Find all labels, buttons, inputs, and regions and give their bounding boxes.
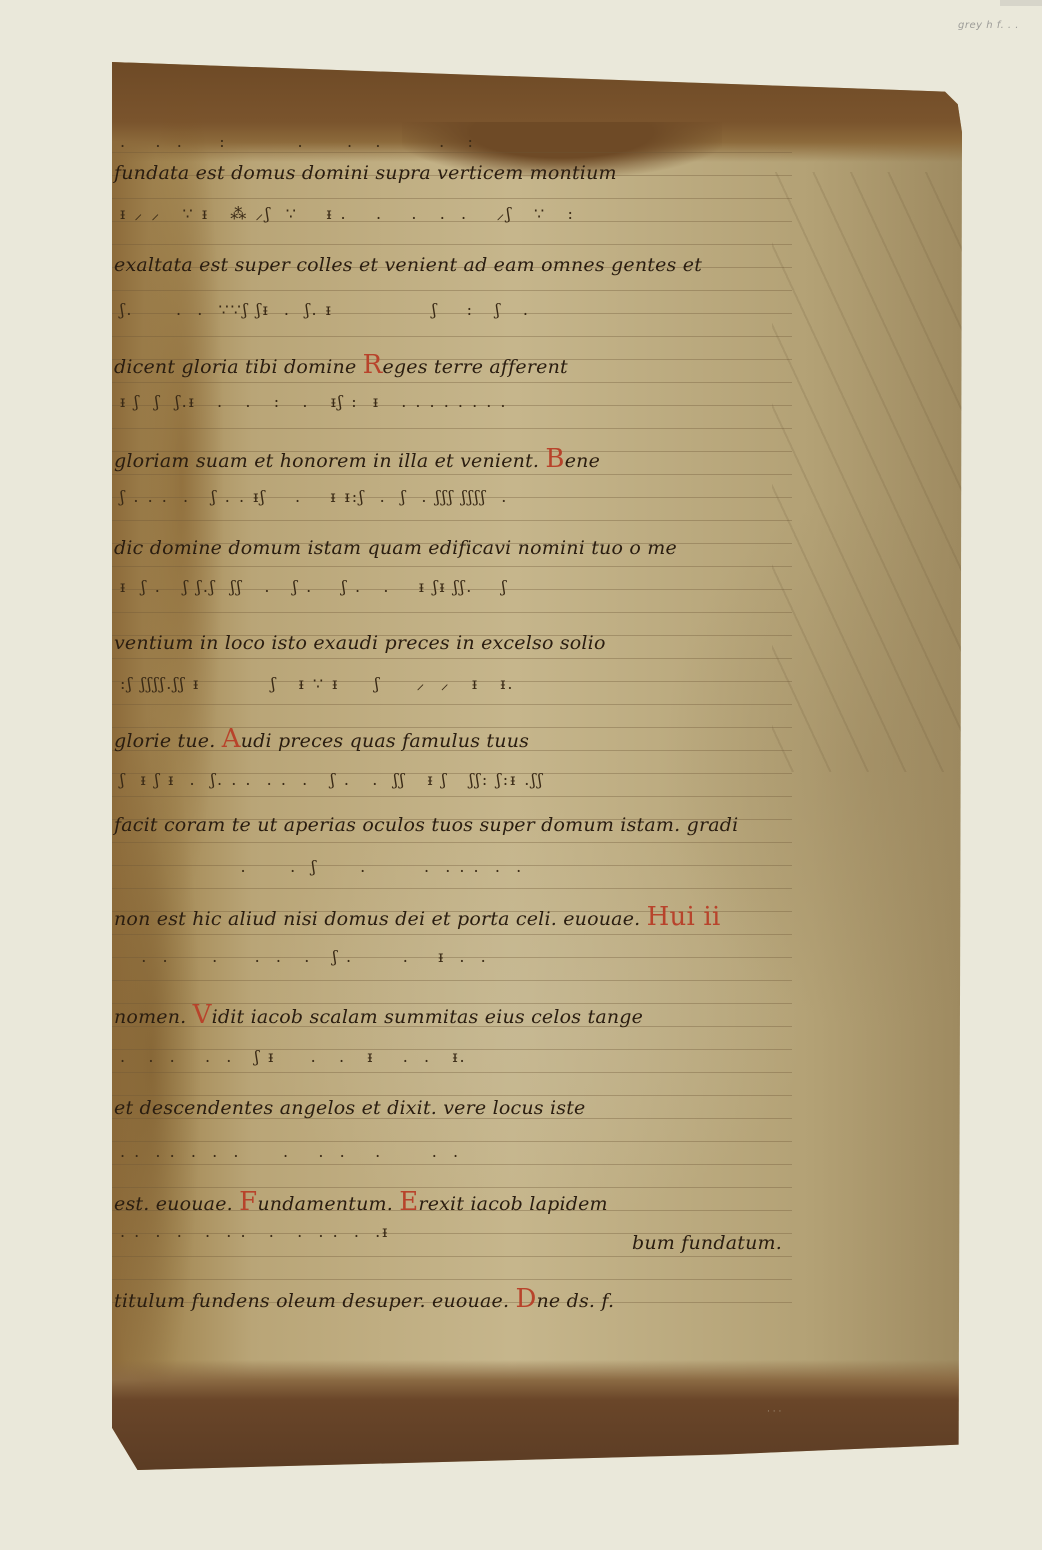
text-line: gloriam suam et honorem in illa et venie… (114, 444, 600, 474)
ruling-line (112, 1164, 792, 1165)
text-span: undamentum. (257, 1193, 399, 1215)
text-span: ventium in loco isto exaudi preces in ex… (114, 632, 606, 654)
ruling-line (112, 704, 792, 705)
faint-inscription: · · · (767, 1407, 781, 1417)
text-span: est. euouae. (114, 1193, 239, 1215)
neume-line: :ʃ ʃʃʃʃ.ʃʃ ᵻ ʃ ᵻ ∵ ᵻ ʃ ⸝ ⸝ ᵻ ᵻ. (120, 672, 514, 694)
neume-line: ʃ . . . . ʃ . . ᵻʃ . ᵻ ᵻ:ʃ . ʃ . ʃʃʃ ʃʃʃ… (120, 487, 508, 506)
neume-line: ᵻ ʃ . ʃ ʃ.ʃ ʃʃ . ʃ . ʃ . . ᵻ ʃᵻ ʃʃ. ʃ (120, 577, 508, 596)
text-line: dic domine domum istam quam edificavi no… (114, 537, 677, 559)
ruling-line (112, 520, 792, 521)
ruling-line (112, 658, 792, 659)
ruling-line (112, 1095, 792, 1096)
neume-line: ʃ ᵻ ʃ ᵻ . ʃ. . . . . . ʃ . . ʃʃ ᵻ ʃ ʃʃ: … (120, 770, 544, 789)
text-line: glorie tue. Audi preces quas famulus tuu… (114, 724, 529, 754)
text-span: bum fundatum. (632, 1232, 782, 1254)
neume-line: . . . . . . . . . . . . . (120, 1142, 460, 1161)
ruling-line (112, 1256, 792, 1257)
manuscript-leaf: . . . : . . . . :ᵻ ⸝ ⸝ ∵ ᵻ ⁂ ⸝ʃ ∵ ᵻ . . … (112, 62, 962, 1470)
ruling-line (112, 980, 792, 981)
text-span: rexit iacob lapidem (418, 1193, 607, 1215)
text-line: facit coram te ut aperias oculos tuos su… (114, 814, 738, 836)
ruling-line (112, 1072, 792, 1073)
neume-line: ᵻ ʃ ʃ ʃ.ᵻ . . : . ᵻʃ : ᵻ . . . . . . . . (120, 392, 508, 411)
text-span: ne ds. f. (536, 1290, 614, 1312)
rubric-initial: D (515, 1284, 536, 1314)
text-line: et descendentes angelos et dixit. vere l… (114, 1097, 586, 1119)
neume-line: . . . . . . ʃ . . ᵻ . . (120, 947, 488, 966)
ruling-line (112, 244, 792, 245)
neume-line: . . . . . . . . . . . . .ᵻ (120, 1222, 389, 1241)
text-span: gloriam suam et honorem in illa et venie… (114, 450, 545, 472)
text-line: ventium in loco isto exaudi preces in ex… (114, 632, 606, 654)
text-span: facit coram te ut aperias oculos tuos su… (114, 814, 738, 836)
text-span: exaltata est super colles et venient ad … (114, 254, 702, 276)
text-span: dic domine domum istam quam edificavi no… (114, 537, 677, 559)
ruling-line (112, 934, 792, 935)
ruling-line (112, 1279, 792, 1280)
page-edge-note (1000, 0, 1042, 6)
ruling-line (112, 428, 792, 429)
neume-line: . . ʃ . . . . . . . (120, 857, 523, 876)
text-line: dicent gloria tibi domine Reges terre af… (114, 350, 568, 380)
text-span: nomen. (114, 1006, 193, 1028)
neume-line: . . . . . ʃ ᵻ . . ᵻ . . ᵻ. (120, 1047, 467, 1066)
ruling-line (112, 888, 792, 889)
text-span: et descendentes angelos et dixit. vere l… (114, 1097, 586, 1119)
text-line: fundata est domus domini supra verticem … (114, 162, 617, 184)
ruling-line (112, 612, 792, 613)
ruling-line (112, 842, 792, 843)
ruling-line (112, 796, 792, 797)
neume-line: ʃ. . . ∵∵ʃ ʃᵻ . ʃ. ᵻ ʃ : ʃ . (120, 300, 530, 319)
ruling-line (112, 152, 792, 153)
parchment-folds (772, 172, 962, 772)
text-line: nomen. Vidit iacob scalam summitas eius … (114, 1000, 643, 1030)
text-span: ene (565, 450, 600, 472)
text-span: fundata est domus domini supra verticem … (114, 162, 617, 184)
ruling-line (112, 566, 792, 567)
text-line: bum fundatum. (632, 1232, 782, 1254)
text-line: non est hic aliud nisi domus dei et port… (114, 902, 720, 932)
text-span: idit iacob scalam summitas eius celos ta… (212, 1006, 643, 1028)
text-line: exaltata est super colles et venient ad … (114, 254, 702, 276)
text-line: est. euouae. Fundamentum. Erexit iacob l… (114, 1187, 608, 1217)
text-span: udi preces quas famulus tuus (241, 730, 529, 752)
neume-line: . . . : . . . . : (120, 132, 475, 151)
ruling-line (112, 382, 792, 383)
rubric-initial: E (399, 1187, 418, 1217)
text-span: titulum fundens oleum desuper. euouae. (114, 1290, 515, 1312)
rubric-initial: V (193, 1000, 212, 1030)
text-line: titulum fundens oleum desuper. euouae. D… (114, 1284, 614, 1314)
ruling-line (112, 198, 792, 199)
rubric-initial: F (239, 1187, 257, 1217)
rubric-initial: B (545, 444, 564, 474)
rubric-initial: A (222, 724, 241, 754)
ruling-line (112, 474, 792, 475)
text-span: non est hic aliud nisi domus dei et port… (114, 908, 647, 930)
rubric-initial: R (363, 350, 383, 380)
rubric-initial: Hui ii (647, 902, 721, 932)
margin-note: grey h f. . . (958, 20, 1019, 31)
text-span: eges terre afferent (382, 356, 567, 378)
ruling-line (112, 290, 792, 291)
text-span: dicent gloria tibi domine (114, 356, 363, 378)
ruling-line (112, 336, 792, 337)
text-span: glorie tue. (114, 730, 222, 752)
neume-line: ᵻ ⸝ ⸝ ∵ ᵻ ⁂ ⸝ʃ ∵ ᵻ . . . . . ⸝ʃ ∵ : (120, 202, 575, 224)
